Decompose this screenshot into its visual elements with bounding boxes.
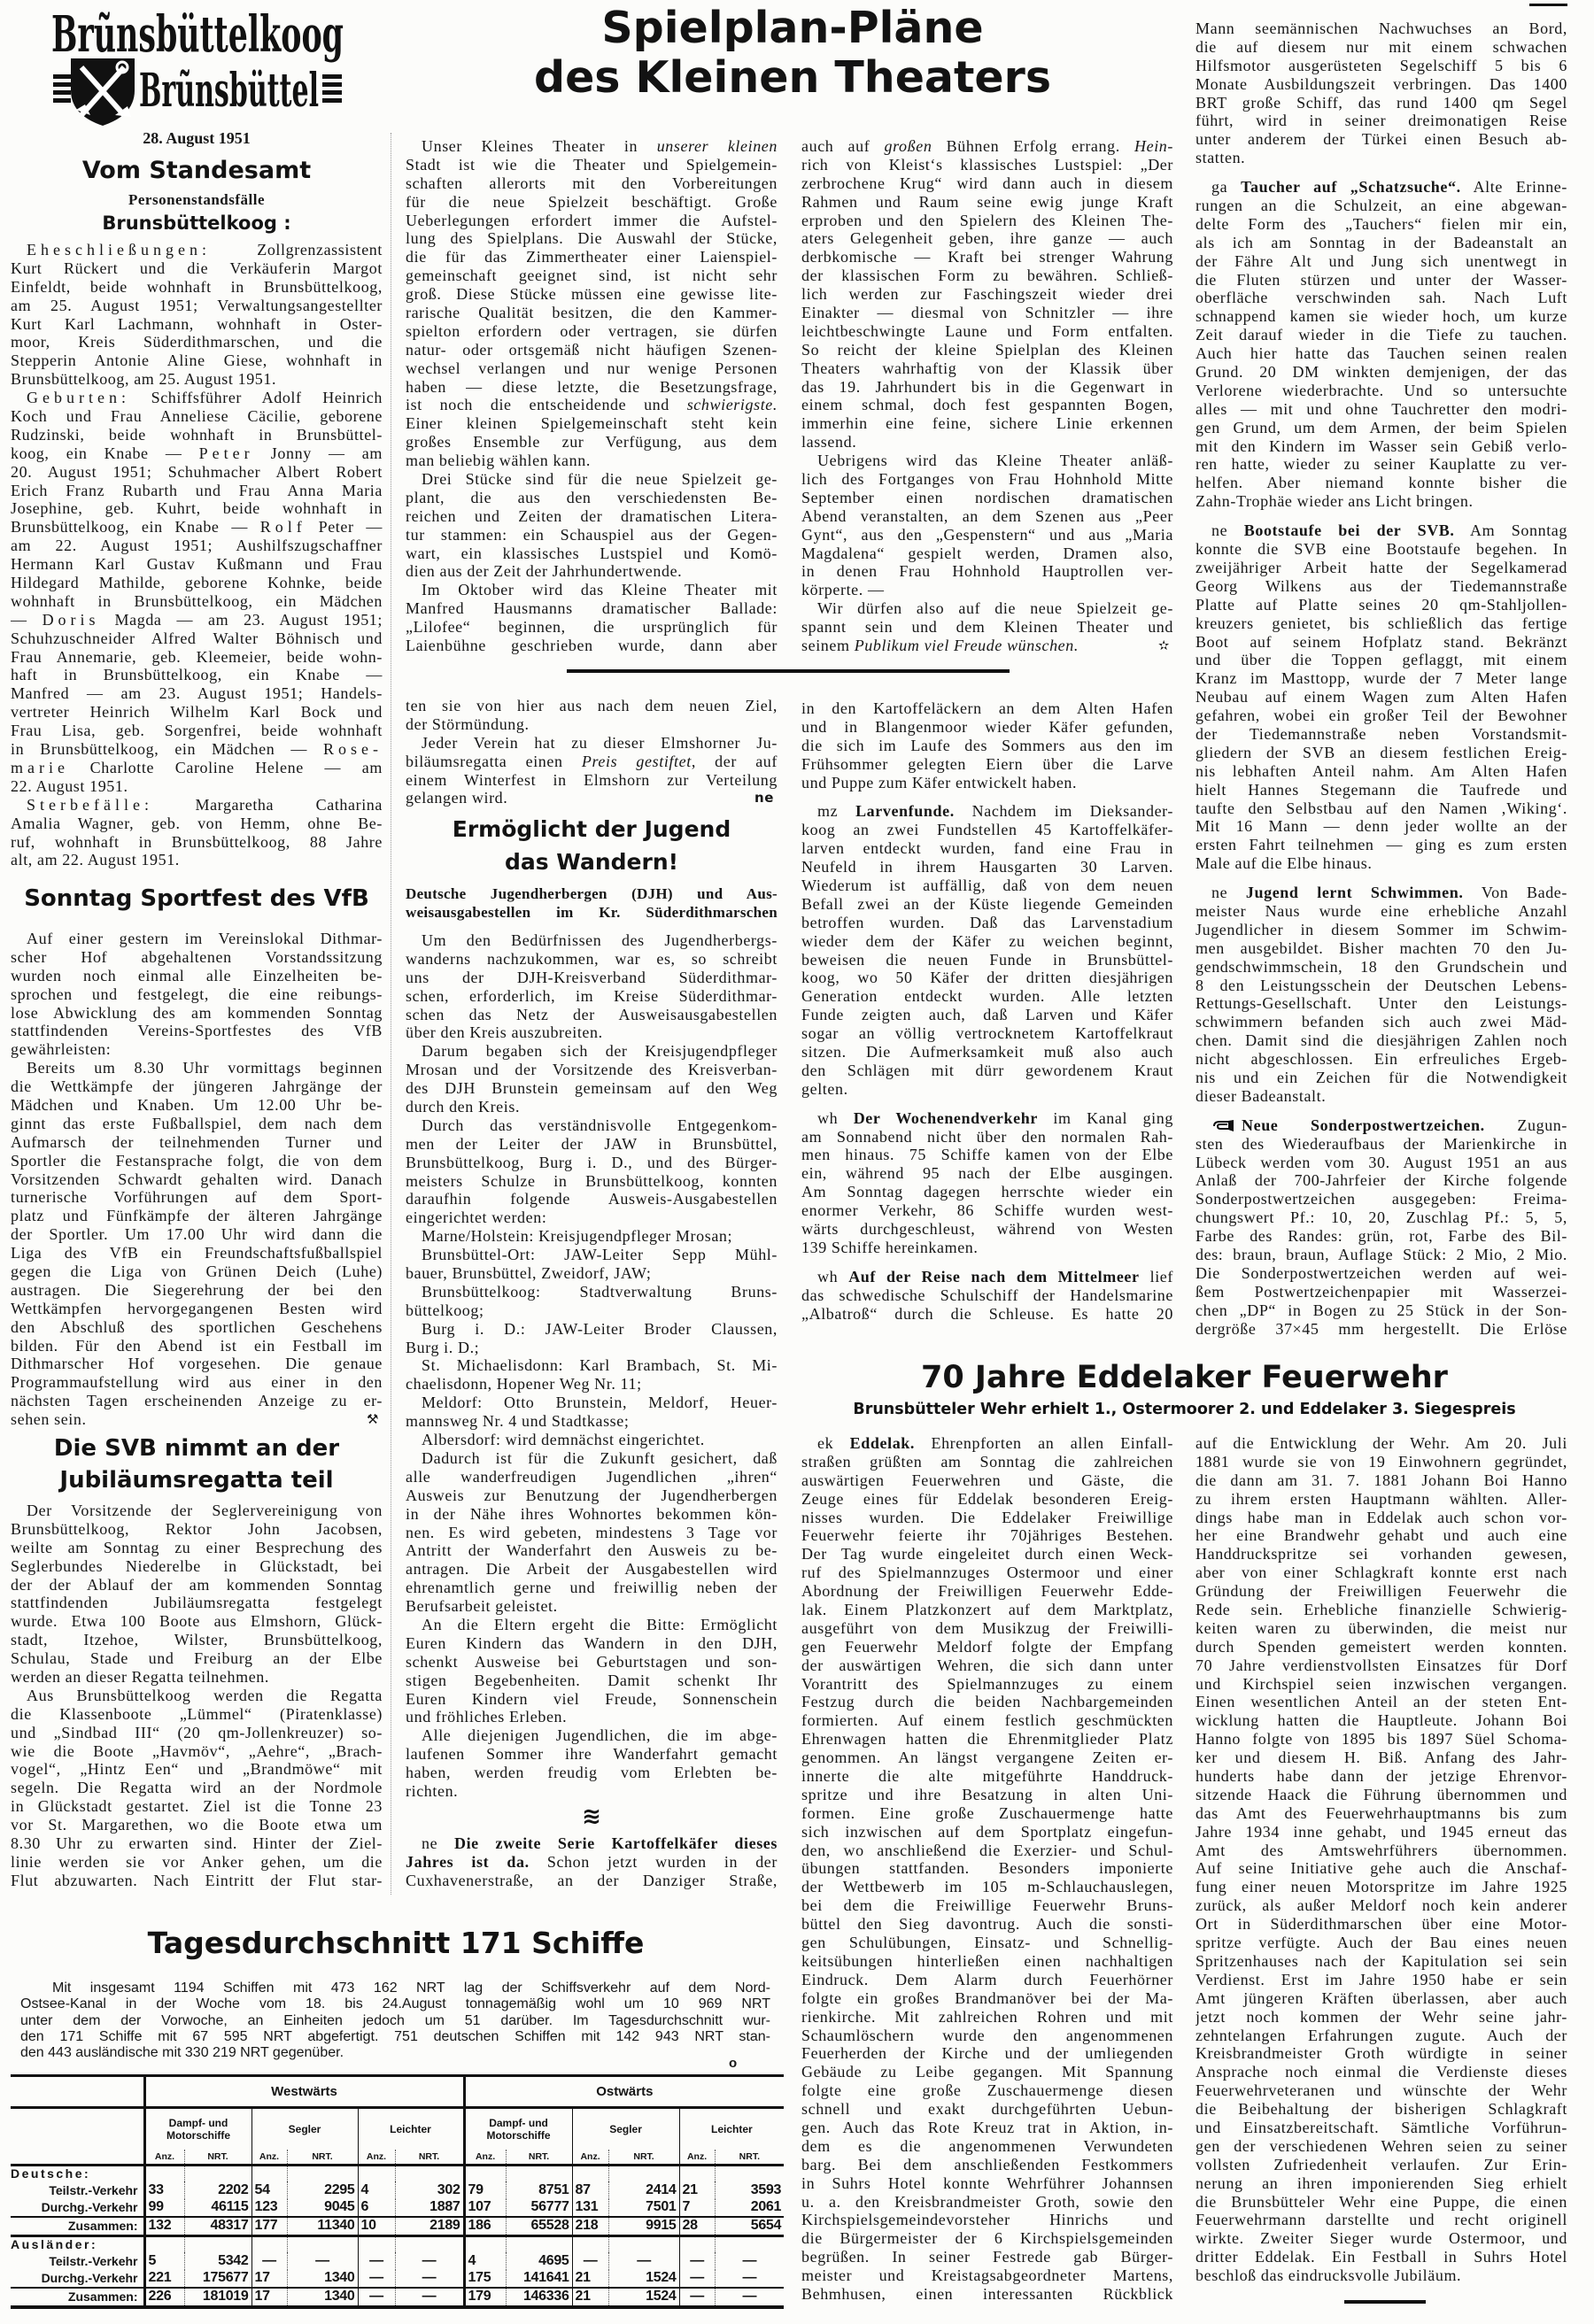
text-line: Cuxhavenerstraße, an der Danziger Straße… [406, 1872, 778, 1890]
text-line: zurück, als außer Meldorf noch kein ande… [1195, 1896, 1567, 1915]
paragraph: Wir dürfen also auf die neue Spielzeit g… [801, 599, 1173, 655]
text-line: die Wettkämpfe der jüngeren Jahrgänge de… [11, 1077, 383, 1096]
value-cell: 17 [251, 2288, 287, 2307]
text-line: das Amt des Feuerwehrhauptmanns bis zum [1195, 1804, 1567, 1823]
text-line: der Wettbewerb im 105 m-Schlauchauslegen… [801, 1878, 1173, 1896]
text-line: haben — diese letzte, die Besetzungsfrag… [406, 378, 778, 397]
value-cell: — [358, 2270, 395, 2288]
value-cell [608, 2236, 679, 2252]
bold-run: Auf der Reise nach dem Mittelmeer [848, 1268, 1139, 1286]
text-line: Feuerwehrveteranen und wünschte der Wehr [1195, 2081, 1567, 2100]
text-line: Vorantritt des Spielmannzuges zu einem [801, 1675, 1173, 1694]
headline-wandern: Ermöglicht der Jugend das Wandern! [406, 813, 778, 878]
text-line: Frau Annemarie, geb. Kleemeier, beide wo… [11, 648, 383, 667]
paragraph: An die Eltern ergeht die Bitte: Ermöglic… [406, 1616, 778, 1726]
text-line: Kranz im Masttopp, wurde der 7 Meter lan… [1195, 669, 1567, 688]
text-line: büttel den Sieg davontrug. Auch die sons… [801, 1915, 1173, 1934]
header-leichter: Leichter [679, 2108, 784, 2150]
paragraph: Brunsbüttel-Ort: JAW-Leiter Sepp Mühl-ba… [406, 1246, 778, 1283]
text-line: den 443 ausländische mit 330 219 NRT geg… [20, 2045, 770, 2061]
text-line: schen, erforderlich, im Kreise Süderdith… [406, 987, 778, 1006]
text-line: übungen stattfanden. Besonders imponiert… [801, 1859, 1173, 1878]
text-line: ist noch die entscheidende und schwierig… [406, 396, 778, 414]
text-line: Alle diejenigen Jugendlichen, die im abg… [406, 1726, 778, 1745]
text-line: ne Jugend lernt Schwimmen. Von Bade- [1195, 884, 1567, 902]
text-line: Einen wesentlichen Anteil an der steten … [1195, 1693, 1567, 1711]
text-line: St. Michaelisdonn: Karl Brambach, St. Mi… [406, 1356, 778, 1375]
text-line: Koch und Frau Anneliese Cäcilie, geboren… [11, 407, 383, 426]
text-line: nis lebhaften Anteil nahm. Am Alten Hafe… [1195, 762, 1567, 781]
text-line: Jugendlicher in diesem Sommer im Schwim- [1195, 921, 1567, 939]
paragraph: wh Auf der Reise nach dem Mittelmeer lie… [801, 1268, 1173, 1324]
text-line: folgte eine große Zuschauermenge diesen [801, 2081, 1173, 2100]
text-line: den Abschluß des sportlichen Geschehens [11, 1318, 383, 1337]
value-cell [572, 2166, 608, 2181]
text-line: Sonderpostwertzeichen ausgegeben: Freima… [1195, 1190, 1567, 1208]
text-line: seinem Publikum viel Freude wünschen.✫ [801, 637, 1173, 655]
text-line: Auch hier hatte das Tauchen seinen reale… [1195, 344, 1567, 363]
text-line: wie die Boote „Havmöv“, „Aehre“, „Brach- [11, 1742, 383, 1761]
headline-line: Spielplan-Pläne [394, 4, 1191, 53]
bold-run: Neue Sonderpostwertzeichen. [1242, 1116, 1485, 1134]
text-line: Feuerherden der Kirche und der umliegend… [801, 2044, 1173, 2063]
italic-run: Preis gestiftet [582, 753, 692, 770]
spaced-run: Geburten: [27, 389, 130, 406]
text-line: die sich im Laufe des Sommers aus den im [801, 737, 1173, 755]
text-line: Festzug durch die beiden Nachbargemeinde… [801, 1693, 1173, 1711]
text-line: u. a. den Kreisbrandmeister Groth, sowie… [801, 2193, 1173, 2212]
text-line: rienkirche. Mit zahlreichen Rohren und m… [801, 2008, 1173, 2027]
row-label: Zusammen: [11, 2288, 144, 2307]
text-line: Sportler die Festansprache folgt, die vo… [11, 1152, 383, 1170]
text-line: Berufsarbeit geleistet. [406, 1597, 778, 1616]
text-line: in den Kartoffeläckern an dem Alten Hafe… [801, 699, 1173, 718]
text-line: Schaumlöschern wurde den angenommenen [801, 2027, 1173, 2045]
value-cell: — [715, 2270, 784, 2288]
text-line: Farbe des Randes: grün, rot, Farbe des B… [1195, 1227, 1567, 1246]
text-line: nisses wurden. Die Eddelaker Freiwillige [801, 1509, 1173, 1527]
issue-date: 28. August 1951 [11, 129, 383, 147]
text-line: So reicht der kleine Spielplan des Klein… [801, 341, 1173, 359]
text-line: wh Auf der Reise nach dem Mittelmeer lie… [801, 1268, 1173, 1286]
paragraph: St. Michaelisdonn: Karl Brambach, St. Mi… [406, 1356, 778, 1394]
sec-row: Deutsche: [11, 2166, 784, 2181]
text-line: Seglerbundes Niederelbe in Glückstadt, b… [11, 1557, 383, 1576]
column-divider [391, 133, 391, 1895]
text-line: men der Leiter der JAW in Brunsbüttel, [406, 1135, 778, 1154]
text-line: und „Sindbad III“ (20 qm-Jollenkreuzer) … [11, 1724, 383, 1742]
text-line: in Glückstadt gestartet. Ziel ist die To… [11, 1797, 383, 1816]
text-line: wh Der Wochenendverkehr im Kanal ging [801, 1109, 1173, 1128]
paragraph: Drei Stücke sind für die neue Spielzeit … [406, 470, 778, 581]
header-anz: Anz. [572, 2150, 608, 2166]
text-line: ruf des Spielmannzuges Ostermoor und ein… [801, 1563, 1173, 1582]
value-cell: 10 [358, 2217, 395, 2236]
value-cell: 46115 [184, 2199, 251, 2217]
article-svb-regatta-continued: ten sie von hier aus nach dem neuen Ziel… [406, 697, 778, 807]
header-anz: Anz. [464, 2150, 506, 2166]
text-line: Manfred — am 23. August 1951; Handels- [11, 684, 383, 703]
value-cell: 132 [144, 2217, 184, 2236]
data-row: Durchg.-Verkehr9946115123904561887107567… [11, 2199, 784, 2217]
value-cell: 179 [464, 2288, 506, 2307]
ribbon-right-icon [322, 74, 342, 103]
value-cell: — [287, 2252, 358, 2270]
text-line: schnell und exakt durchgeführten Uebun- [801, 2100, 1173, 2119]
text-line: ne Bootstaufe bei der SVB. Am Sonntag [1195, 521, 1567, 540]
text-line: wurden noch einmal alle Einzelheiten be- [11, 967, 383, 985]
paragraph: ek Eddelak. Ehrenpforten an allen Einfal… [801, 1434, 1173, 2304]
value-cell [608, 2166, 679, 2181]
text-line: Brunsbüttelkoog, Burg i. D., und des Bür… [406, 1154, 778, 1172]
value-cell [287, 2236, 358, 2252]
text-line: bilden. Für den Abend ist ein Festball i… [11, 1337, 383, 1355]
value-cell: 1524 [608, 2270, 679, 2288]
header-anz: Anz. [358, 2150, 395, 2166]
text-line: Mrosan und der Vorsitzende des Kreisverb… [406, 1061, 778, 1079]
text-line: 8 den Leistungsschein der Deutschen Lebe… [1195, 977, 1567, 995]
text-line: und Einsatzbereitschaft. Sämtliche Vorfü… [1195, 2119, 1567, 2137]
value-cell: 1887 [395, 2199, 464, 2217]
text-line: koog, wo 50 Käfer der dritten diesjährig… [801, 969, 1173, 987]
text-line: dieser Badeanstalt. [1195, 1087, 1567, 1106]
text-line: Liga des VfB ein Freundschaftsfußballspi… [11, 1244, 383, 1262]
text-line: zehntelangen Erfahrungen zugute. Auch de… [1195, 2027, 1567, 2045]
spaced-run: Rolf [260, 518, 306, 536]
text-line: Ostsee-Kanal in der Woche vom 18. bis 24… [20, 1996, 770, 2012]
text-line: Uebrigens wird das Kleine Theater anläß- [801, 452, 1173, 470]
text-line: beschloß das eindrucksvolle Jubiläum. [1195, 2266, 1567, 2285]
text-line: den 171 Schiffe mit 67 595 NRT abgeferti… [20, 2029, 770, 2045]
text-line: Euren Kindern viel Freude, Sonnenschein [406, 1690, 778, 1709]
header-blank [11, 2108, 144, 2150]
text-line: lassend. [801, 433, 1173, 452]
text-line: wart, ein klassisches Lustspiel und Komö… [406, 544, 778, 563]
text-line: Handdruckspritze sei vorhanden gewesen, [1195, 1545, 1567, 1563]
header-segler: Segler [572, 2108, 679, 2150]
text-line: Vorsitzenden Schwardt gehalten wird. Dan… [11, 1170, 383, 1189]
text-line: sten des Wiederaufbaus der Marienkirche … [1195, 1135, 1567, 1154]
text-line: Hanno folgte von 1895 bis 1897 Süel Scho… [1195, 1730, 1567, 1749]
value-cell [358, 2236, 395, 2252]
text-line: Rede sein. Erhebliche finanzielle Schwie… [1195, 1601, 1567, 1619]
value-cell: 1524 [608, 2288, 679, 2307]
paragraph: Aus Brunsbüttelkoog werden die Regattadi… [11, 1687, 383, 1890]
text-line: ausgeführt von dem Musikzug der Freiwill… [801, 1619, 1173, 1638]
paragraph: Darum begaben sich der Kreisjugendpflege… [406, 1042, 778, 1116]
header-blank [11, 2150, 144, 2166]
text-line: aber von einer Schlagkraft konnte erst n… [1195, 1563, 1567, 1582]
kicker-personenstandsfaelle: Personenstandsfälle [11, 190, 383, 210]
value-cell: 5342 [184, 2252, 251, 2270]
text-line: sitzen. Die Aufmerksamkeit muß also auch [801, 1043, 1173, 1062]
text-line: daraufhin folgende Ausweis-Ausgabestelle… [406, 1190, 778, 1208]
text-line: spritze verfügte. Auch der Bau eines neu… [1195, 1934, 1567, 1952]
paragraph: Uebrigens wird das Kleine Theater anläß-… [801, 452, 1173, 599]
masthead-logo: Brũnsbüttelkoog Brũnsbüttel [46, 4, 352, 127]
text-line: sich inzwischen auf dem Sportplatz einge… [801, 1823, 1173, 1841]
row-label: Deutsche: [11, 2166, 144, 2181]
text-line: folgte ein großes Brandmanöver bei der M… [801, 1989, 1173, 2008]
value-cell: 226 [144, 2288, 184, 2307]
text-line: und Kirchspiel seien inzwischen vergange… [1195, 1675, 1567, 1694]
text-line: dings habe man in Eddelak auch schon vor… [1195, 1509, 1567, 1527]
article-kartoffelkaefer-body: ne Die zweite Serie Kartoffelkäfer diese… [406, 1834, 778, 1890]
value-cell: 177 [251, 2217, 287, 2236]
headline-line: des Kleinen Theaters [394, 53, 1191, 103]
text-line: Funde zeigten auch, daß Larven und Käfer [801, 1006, 1173, 1024]
text-line: An die Eltern ergeht die Bitte: Ermöglic… [406, 1616, 778, 1634]
value-cell: 131 [572, 2199, 608, 2217]
text-line: und fröhliches Erleben. [406, 1708, 778, 1726]
subheadline-wandern: Deutsche Jugendherbergen (DJH) und Aus-w… [406, 885, 778, 923]
text-line: gelten. [801, 1080, 1173, 1099]
text-line: Rahmen und Raum seine ewig junge Kraft [801, 193, 1173, 212]
text-line: Ansprache noch einmal die Verdienste die… [1195, 2063, 1567, 2081]
paragraph: Sterbefälle: Margaretha CatharinaAmalia … [11, 796, 383, 870]
text-line: larven entdeckt wurden, fand eine Frau i… [801, 839, 1173, 858]
text-line: unter anderem der Türkei einen Besuch ab… [1195, 130, 1567, 149]
author-signature: o [729, 2056, 737, 2071]
text-line: enormer Verkehr, 86 Schiffe wurden west- [801, 1201, 1173, 1220]
text-line: Zahn-Trophäe wieder ans Licht bringen. [1195, 492, 1567, 511]
value-cell: 107 [464, 2199, 506, 2217]
value-cell [251, 2166, 287, 2181]
text-line: Stepperin Antonie Aline Giese, wohnhaft … [11, 351, 383, 370]
value-cell [395, 2166, 464, 2181]
text-line: gen der verschiedenen Wehren seien zu se… [1195, 2137, 1567, 2156]
text-line: natur- oder ortsgemäß nicht häufigen Sze… [406, 341, 778, 359]
headline-theater: Spielplan-Pläne des Kleinen Theaters [394, 4, 1191, 103]
text-line: gen Feuerwehr Meldorf folgte der Empfang [801, 1638, 1173, 1656]
text-line: dem es die angenommenen Verwundeten [801, 2137, 1173, 2156]
text-line: Darum begaben sich der Kreisjugendpflege… [406, 1042, 778, 1061]
value-cell: 186 [464, 2217, 506, 2236]
text-line: aters Gelegenheit geben, ihre ganze — au… [801, 229, 1173, 248]
value-cell [144, 2166, 184, 2181]
text-line: vertreter Heinrich Wilhelm Karl Bock und [11, 703, 383, 722]
text-line: Marne/Holstein: Kreisjugendpfleger Mrosa… [406, 1227, 778, 1246]
paragraph: Meldorf: Otto Brunstein, Meldorf, Heuer-… [406, 1394, 778, 1431]
text-line: Brunsbüttelkoog: Stadtverwaltung Bruns- [406, 1283, 778, 1301]
text-line: Unser Kleines Theater in unserer kleinen [406, 137, 778, 156]
italic-run: unserer kleinen [657, 137, 778, 155]
paragraph: wh Der Wochenendverkehr im Kanal gingam … [801, 1109, 1173, 1257]
value-cell [506, 2166, 572, 2181]
text-line: einem Winterfest in Elmshorn zur Verteil… [406, 771, 778, 790]
text-line: Ehrenwagen hatten die Ehrenmitglieder Pl… [801, 1730, 1173, 1749]
bold-run: Jugend lernt Schwimmen. [1246, 884, 1464, 901]
paragraph: Marne/Holstein: Kreisjugendpfleger Mrosa… [406, 1227, 778, 1246]
text-line: chen. Damit sind die diesjährigen Zahlen… [1195, 1031, 1567, 1050]
text-line: ek Eddelak. Ehrenpforten an allen Einfal… [801, 1434, 1173, 1453]
text-line: Die Sonderpostwertzeichen werden auf wei… [1195, 1264, 1567, 1283]
text-line: meisters Schulze in Brunsbüttelkoog, kon… [406, 1172, 778, 1191]
text-line: eingerichtet werden: [406, 1208, 778, 1227]
value-cell: 302 [395, 2181, 464, 2199]
header-nrt: NRT. [715, 2150, 784, 2166]
text-line: lung des Spielplans. Die Auswahl der Stü… [406, 229, 778, 248]
header-nrt: NRT. [608, 2150, 679, 2166]
subheadline-feuerwehr: Brunsbütteler Wehr erhielt 1., Ostermoor… [801, 1399, 1567, 1420]
value-cell: 146336 [506, 2288, 572, 2307]
text-line: Gynt“, aus den „Gespenstern“ und aus „Ma… [801, 526, 1173, 544]
value-cell [679, 2236, 715, 2252]
text-line: Brunsbüttelkoog, ein Knabe — Rolf Peter … [11, 518, 383, 537]
text-line: Eindruck. Dem Alarm durch Feuerhörner [801, 1971, 1173, 1989]
sum-row: Zusammen:226181019171340——17914633621152… [11, 2288, 784, 2307]
text-line: Rudzinski, beide wohnhaft in Brunsbüttel… [11, 426, 383, 444]
text-line: werden an dieser Regatta teilnehmen. [11, 1668, 383, 1687]
value-cell: — [251, 2252, 287, 2270]
text-line: Dadurch ist für die Zukunft gesichert, d… [406, 1449, 778, 1468]
text-line: vogel“, „Hintz Een“ und „Brandmöwe“ mit [11, 1760, 383, 1779]
paragraph: Neue Sonderpostwertzeichen. Zugun-sten d… [1195, 1116, 1567, 1339]
row-label: Durchg.-Verkehr [11, 2270, 144, 2288]
value-cell: 1340 [287, 2270, 358, 2288]
text-line: Brunsbüttelkoog, am 25. August 1951. [11, 370, 383, 389]
text-line: ruf, wohnhaft in Brunsbüttelkoog, 88 Jah… [11, 833, 383, 852]
text-line: 139 Schiffe hereinkamen. [801, 1239, 1173, 1257]
text-line: betroffen wurden. Daß das Larvenstadium [801, 914, 1173, 932]
text-line: delte Form des „Tauchers“ fielen mir ein… [1195, 215, 1567, 234]
text-line: der klassischen Form zu bewähren. Schlie… [801, 266, 1173, 285]
header-nrt: NRT. [184, 2150, 251, 2166]
subhead-place: Brunsbüttelkoog : [11, 211, 383, 235]
paragraph: Alle diejenigen Jugendlichen, die im abg… [406, 1726, 778, 1801]
text-line: Befall zwei an der Küste liegende Gemein… [801, 895, 1173, 914]
text-line: Neufeld in ihrem Hausgarten 30 Larven. [801, 858, 1173, 876]
text-line: Platte auf Platte seines 20 qm-Stahljoll… [1195, 596, 1567, 614]
text-line: ein, während 95 nach der Elbe ausgingen. [801, 1164, 1173, 1183]
value-cell: — [679, 2270, 715, 2288]
text-line: Abend veranstalten, an dem Szenen aus „P… [801, 507, 1173, 526]
text-line: fung einer neuen Motorspritze im Jahre 1… [1195, 1878, 1567, 1896]
text-line: körperte. — [801, 581, 1173, 599]
text-line: laufenen Sommer ihre Wanderfahrt gemacht [406, 1745, 778, 1764]
value-cell: 4695 [506, 2252, 572, 2270]
text-line: stadt, Itzehoe, Wilster, Brunsbüttelkoog… [11, 1631, 383, 1649]
text-line: formen. Eine große Zuschauermenge hatte [801, 1804, 1173, 1823]
paragraph: ne Jugend lernt Schwimmen. Von Bade-meis… [1195, 884, 1567, 1106]
text-line: Kurt Karl Lachmann, wohnhaft in Oster- [11, 315, 383, 334]
text-line: dien aus der Zeit der Jahrhundertwende. [406, 562, 778, 581]
text-line: segeln. Die Regatta wird an der Nordmole [11, 1779, 383, 1797]
text-line: unter dem der Vorwoche, an Einheiten jed… [20, 2013, 770, 2029]
text-line: Kirchspielsgemeindevorsteher Hinrichs un… [801, 2211, 1173, 2229]
text-line: biläumsregatta einen Preis gestiftet, de… [406, 753, 778, 771]
paragraph: Unser Kleines Theater in unserer kleinen… [406, 137, 778, 470]
text-line: reichen und Zeiten der dramatischen Lite… [406, 507, 778, 526]
text-line: Flut abzuwarten. Nach Eintritt der Flut … [11, 1872, 383, 1890]
value-cell [506, 2236, 572, 2252]
text-line: lich werden zur Faschingszeit wieder dre… [801, 285, 1173, 304]
paragraph: Bereits um 8.30 Uhr vormittags beginnend… [11, 1059, 383, 1429]
article-feuerwehr-col-b: auf die Entwicklung der Wehr. Am 20. Jul… [1195, 1434, 1567, 2285]
text-line: formierten. Auf einem festlich geschmück… [801, 1711, 1173, 1730]
article-svb-regatta-body: Der Vorsitzende der Seglervereinigung vo… [11, 1502, 383, 1890]
text-line: chungswert Pf.: 10, 20, Zuschlag Pf.: 5,… [1195, 1208, 1567, 1227]
header-segler: Segler [251, 2108, 358, 2150]
paragraph: auch auf großen Bühnen Erfolg errang. He… [801, 137, 1173, 452]
text-line: gen Grund, um dem Armen, der beim Spiele… [1195, 419, 1567, 437]
value-cell: 2295 [287, 2181, 358, 2199]
text-line: keiten waren zu überwinden, die meist nu… [1195, 1619, 1567, 1638]
text-line: Durch das verständnisvolle Entgegenkom- [406, 1116, 778, 1135]
text-line: Zeuge eines für Eddelak besonderen Ereig… [801, 1490, 1173, 1509]
header-nrt: NRT. [506, 2150, 572, 2166]
text-line: nächsten Tagen erscheinenden Anzeige zu … [11, 1392, 383, 1410]
text-line: wärts durchgeschleust, während von Weste… [801, 1220, 1173, 1239]
article-wandern-body: Um den Bedürfnissen des Jugendherbergs-w… [406, 931, 778, 1801]
paragraph: Um den Bedürfnissen des Jugendherbergs-w… [406, 931, 778, 1042]
header-nrt: NRT. [287, 2150, 358, 2166]
text-line: Geburten: Schiffsführer Adolf Heinrich [11, 389, 383, 407]
text-line: büttelkoog; [406, 1301, 778, 1320]
text-line: schenkt Ausweise bei Geburtstagen und so… [406, 1653, 778, 1672]
header-dampf-motor: Dampf- und Motorschiffe [144, 2108, 251, 2150]
text-line: auswärtigen Feuerwehren und Gäste, die [801, 1471, 1173, 1490]
value-cell: 175 [464, 2270, 506, 2288]
text-line: September einen nordischen dramatischen [801, 489, 1173, 507]
text-line: koog, ein Knabe — Peter Jonny — am [11, 444, 383, 463]
text-line: sprochen und festgelegt, die eine reibun… [11, 985, 383, 1004]
value-cell: 141641 [506, 2270, 572, 2288]
text-line: durch Spenden gemeistert werden konnten. [1195, 1638, 1567, 1656]
text-line: Manfred Hausmanns dramatischer Ballade: [406, 599, 778, 618]
value-cell: 1340 [287, 2288, 358, 2307]
text-line: spielton erfordern oder vertragen, sie d… [406, 322, 778, 341]
header-anz: Anz. [144, 2150, 184, 2166]
headline-tagesdurchschnitt: Tagesdurchschnitt 171 Schiffe [11, 1925, 781, 1962]
text-line: jetzt noch kommen der Wehr seine jahr- [1195, 2008, 1567, 2027]
text-line: der der Ablauf der am kommenden Sonntag [11, 1576, 383, 1594]
text-line: ker und diesem H. Biß. Anfang des Jahr- [1195, 1749, 1567, 1767]
text-line: auf die Entwicklung der Wehr. Am 20. Jul… [1195, 1434, 1567, 1453]
text-line: sogar an völlig vertrocknetem Kartoffelk… [801, 1024, 1173, 1043]
text-line: vollsten Zufriedenheit verlaufen. Zur Er… [1195, 2156, 1567, 2174]
italic-run: Publikum viel Freude wünschen. [855, 637, 1079, 654]
text-line: kreuzers genietet, bis schließlich das f… [1195, 614, 1567, 633]
text-line: rarische Qualität besitzen, die den Kamm… [406, 304, 778, 322]
text-line: Frau Lisa, geb. Sorgenfrei, beide wohnha… [11, 722, 383, 740]
headline-line: Jubiläumsregatta teil [11, 1464, 383, 1496]
bold-run: Bootstaufe bei der SVB. [1244, 521, 1455, 539]
text-line: meister Naus wurde eine erhebliche Anzah… [1195, 902, 1567, 921]
text-line: — Doris Magda — am 23. August 1951; [11, 611, 383, 629]
text-line: begrüßen. In seiner Festrede gab Bürger- [801, 2248, 1173, 2266]
text-line: helfen. Aber niemand konnte bisher die [1195, 474, 1567, 492]
text-line: Verdienst. Erst im Jahre 1950 habe er se… [1195, 1971, 1567, 1989]
text-line: men ausgebildet. Bisher machten 70 den J… [1195, 939, 1567, 958]
text-line: Ort in Süderdithmarschen über eine Motor… [1195, 1915, 1567, 1934]
table-header-direction: Westwärts Ostwärts [11, 2076, 784, 2108]
value-cell [679, 2166, 715, 2181]
text-line: gliedern der SVB an diesem festlichen Er… [1195, 744, 1567, 762]
text-line: ehrenamtlich gerne und freiwillig neben … [406, 1579, 778, 1597]
text-line: des DJH Brunstein gemeinsam auf den Weg [406, 1079, 778, 1098]
value-cell [715, 2236, 784, 2252]
paragraph: Geburten: Schiffsführer Adolf HeinrichKo… [11, 389, 383, 796]
text-line: men hinaus. 75 Schiffe kamen von der Elb… [801, 1146, 1173, 1164]
text-line: Amt des Amtswehrführers übernommen. [1195, 1841, 1567, 1860]
value-cell: — [358, 2288, 395, 2307]
masthead-line-1: Brũnsbüttelkoog [51, 5, 344, 64]
bold-run: Jahres ist da. [406, 1853, 530, 1871]
text-line: Behmhusen, einen interessanten Rückblick [801, 2285, 1173, 2304]
text-line: auch auf großen Bühnen Erfolg errang. He… [801, 137, 1173, 156]
text-line: über den Kreis auszubreiten. [406, 1023, 778, 1042]
